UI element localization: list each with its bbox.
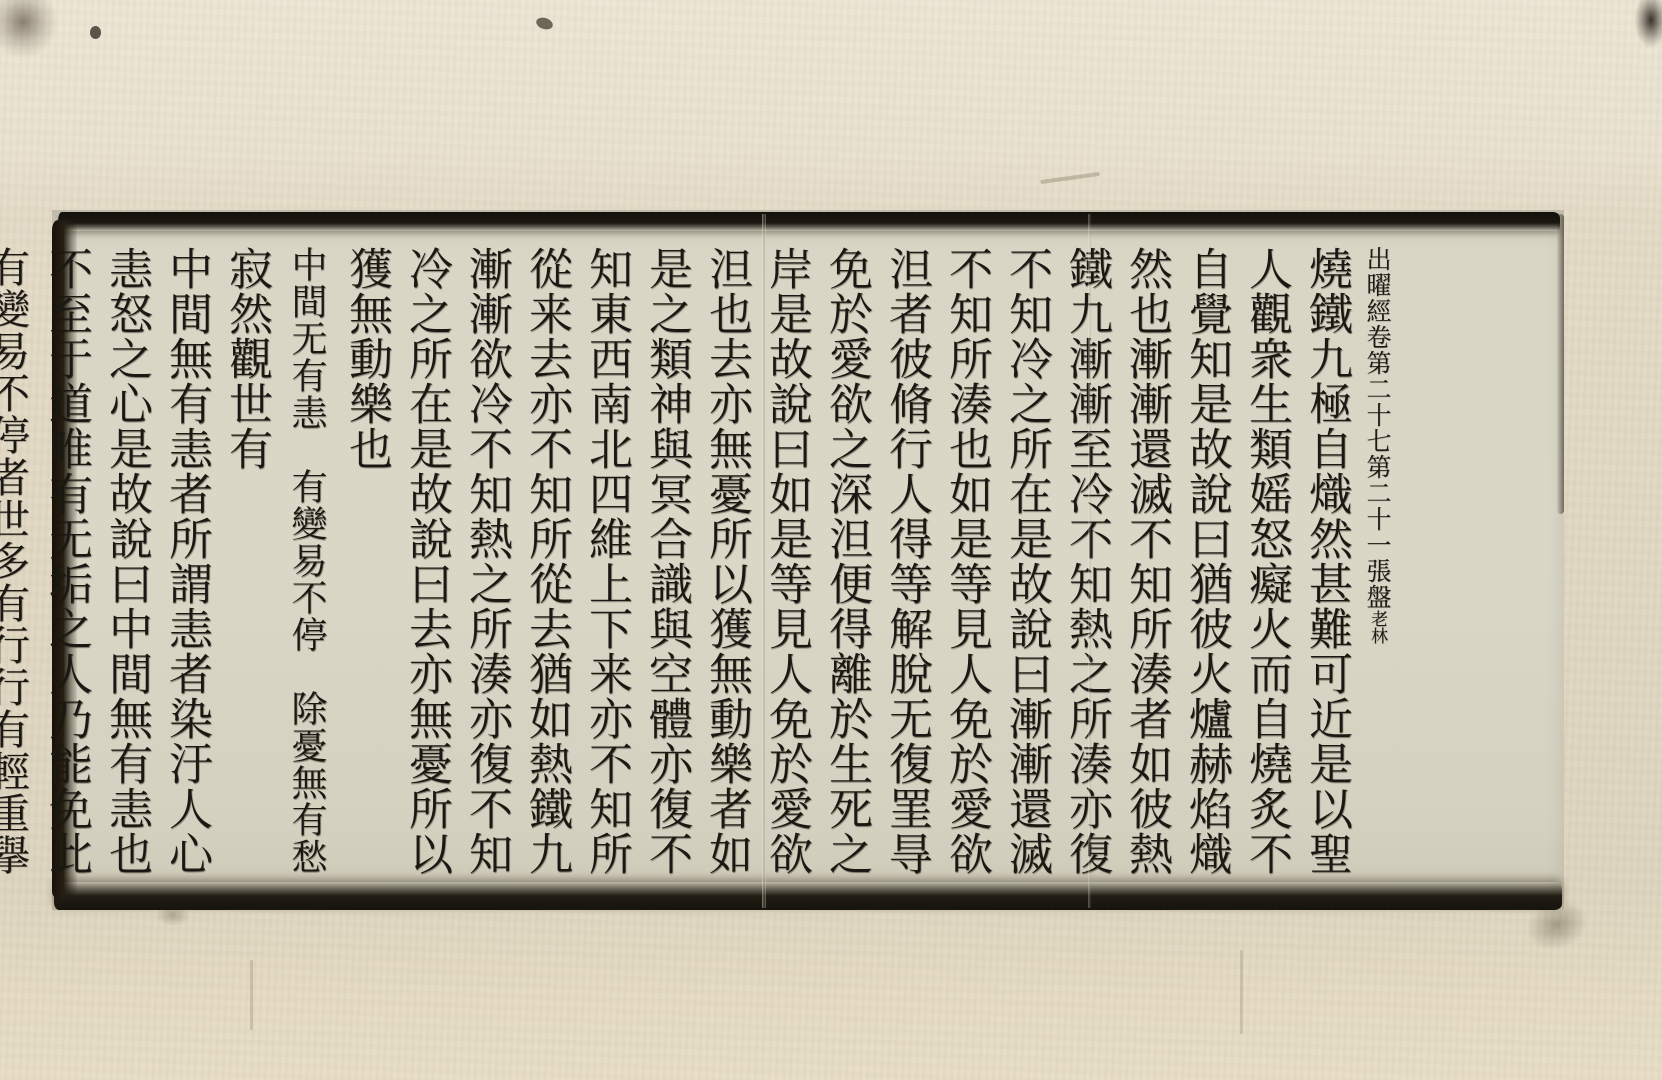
- text-column: 獲無動樂也: [336, 246, 396, 894]
- text-column: 有變易不停者世多有行行有輕重擧: [0, 246, 36, 894]
- carver-mark: 老林: [1367, 610, 1387, 644]
- text-column: 鐵九漸漸至冷不知熱之所湊亦復: [1056, 246, 1116, 894]
- text-column: 知東西南北四維上下来亦不知所: [576, 246, 636, 894]
- text-column: 人觀衆生類媱怒癡火而自燒炙不: [1236, 246, 1296, 894]
- text-column: 不至于道唯有无垢之人乃能免此: [36, 246, 96, 894]
- text-column: 泹也去亦無憂所以獲無動樂者如: [696, 246, 756, 894]
- collation-mark: 盤: [1363, 584, 1392, 610]
- right-border-ink: [1557, 214, 1564, 514]
- scroll-title: 出曜經卷第二十七: [1363, 246, 1392, 454]
- text-column: 從来去亦不知所從去猶如熱鐵九: [516, 246, 576, 894]
- text-column: 岸是故說曰如是等見人免於愛欲: [756, 246, 816, 894]
- top-border-ink: [58, 212, 1560, 231]
- text-column: 泹者彼脩行人得等解脫无復罣㝵: [876, 246, 936, 894]
- sutra-text-block: 出曜經卷第二十七第二十一張盤老林 燒鐵九極自熾然甚難可近是以聖人觀衆生類媱怒癡火…: [0, 246, 1548, 894]
- text-column: 免於愛欲之深泹便得離於生死之: [816, 246, 876, 894]
- paper-stain: [90, 26, 101, 39]
- text-column: 中間无有恚 有變易不停 除憂無有愁: [276, 246, 336, 894]
- paper-fiber: [1240, 950, 1243, 1034]
- text-column: 寂然觀世有: [216, 246, 276, 894]
- text-column: 不知所湊也如是等見人免於愛欲: [936, 246, 996, 894]
- text-column: 中間無有恚者所謂恚者染汙人心: [156, 246, 216, 894]
- text-column: 漸漸欲冷不知熱之所湊亦復不知: [456, 246, 516, 894]
- text-column: 是之類神與冥合識與空體亦復不: [636, 246, 696, 894]
- text-column: 然也漸漸還滅不知所湊者如彼熱: [1116, 246, 1176, 894]
- manuscript-photo: { "document": { "header_column": { "titl…: [0, 0, 1662, 1080]
- sheet-number: 第二十一張: [1363, 454, 1392, 584]
- paper-fiber: [1040, 172, 1100, 184]
- scroll-title-column: 出曜經卷第二十七第二十一張盤老林: [1356, 246, 1548, 894]
- text-column: 不知冷之所在是故說曰漸漸還滅: [996, 246, 1056, 894]
- paper-stain: [1634, 0, 1662, 48]
- text-column: 自覺知是故說曰猶彼火爐赫焰熾: [1176, 246, 1236, 894]
- paper-stain: [535, 16, 555, 32]
- paper-fiber: [250, 960, 253, 1030]
- text-column: 恚怒之心是故說曰中間無有恚也: [96, 246, 156, 894]
- text-column: 燒鐵九極自熾然甚難可近是以聖: [1296, 246, 1356, 894]
- paper-stain: [0, 0, 58, 58]
- text-column: 冷之所在是故說曰去亦無憂所以: [396, 246, 456, 894]
- printed-sheet: 出曜經卷第二十七第二十一張盤老林 燒鐵九極自熾然甚難可近是以聖人觀衆生類媱怒癡火…: [52, 210, 1564, 910]
